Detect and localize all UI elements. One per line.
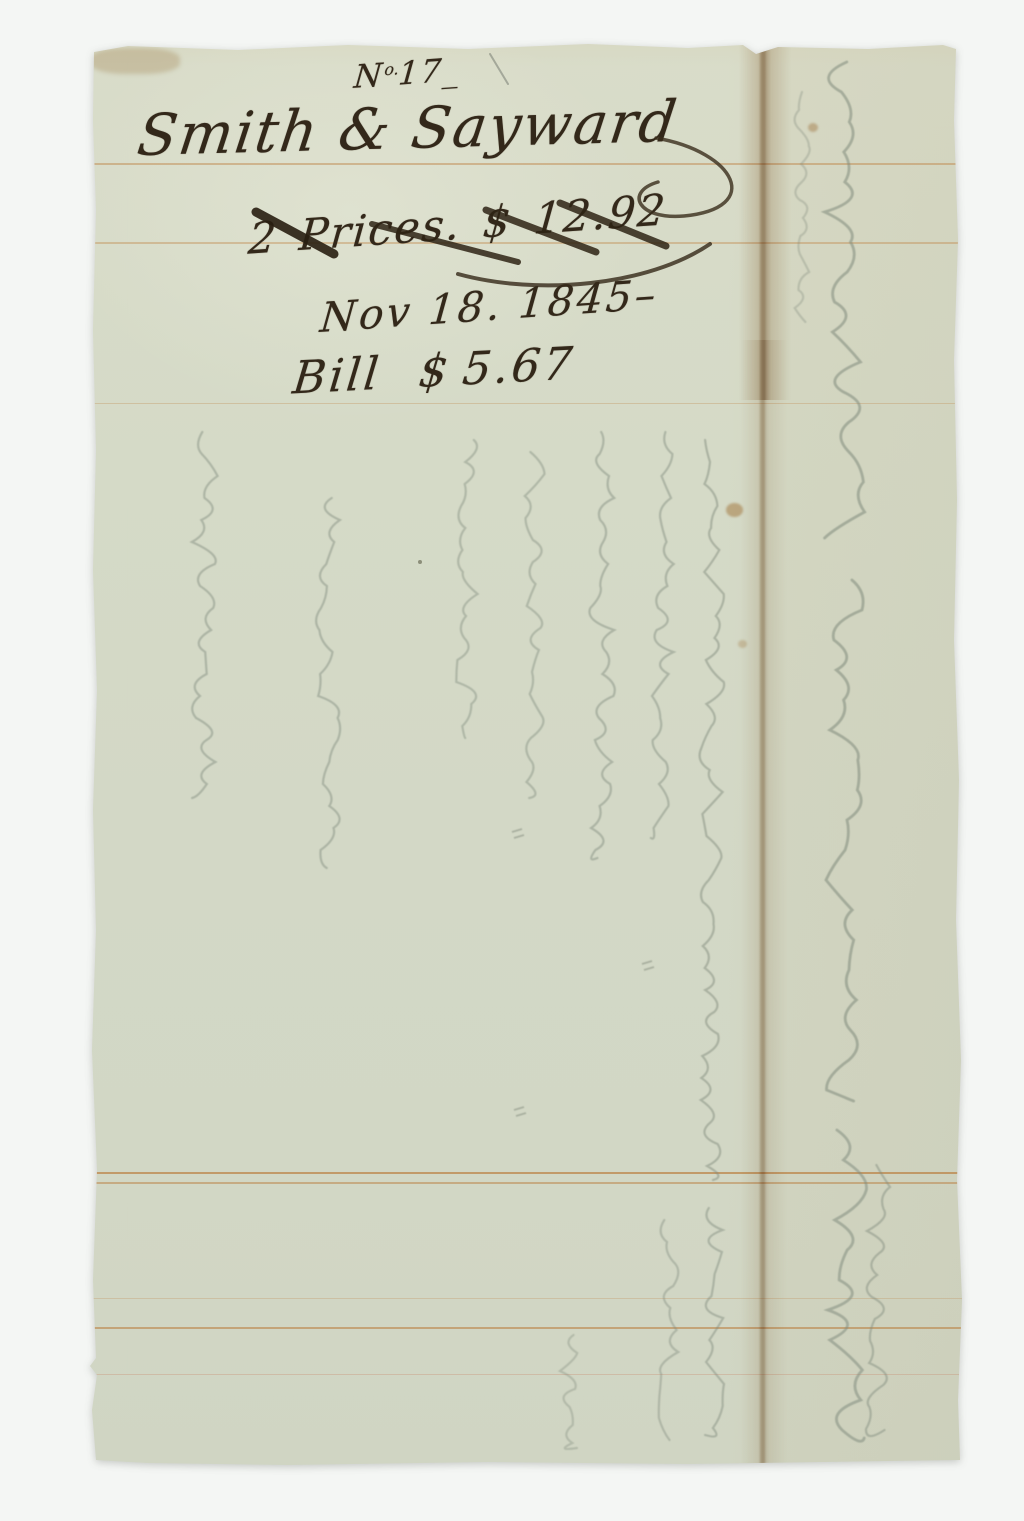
bleedthrough-script-column <box>866 1165 890 1436</box>
ruled-line <box>88 163 964 165</box>
fold-stain-strong <box>739 40 791 400</box>
bleedthrough-script-column <box>316 498 340 868</box>
bleedthrough-script-column <box>589 432 614 859</box>
scanned-document-page: No.17_ Smith & Sayward 2 Prices. $ 12.92… <box>0 0 1024 1521</box>
bleedthrough-script-column <box>828 1130 867 1441</box>
paper-sheet: No.17_ Smith & Sayward 2 Prices. $ 12.92… <box>88 40 964 1466</box>
bleedthrough-script-column <box>525 452 545 798</box>
ruled-line <box>88 1182 964 1184</box>
strike-underswoosh <box>458 244 710 285</box>
bleedthrough-script-column <box>192 432 218 798</box>
rust-spot <box>738 640 747 648</box>
payee-name: Smith & Sayward <box>134 89 682 169</box>
rust-spot <box>726 503 743 517</box>
date-line: Nov 18. 1845– <box>319 270 660 342</box>
docket-number-value: 17_ <box>397 50 463 93</box>
bleedthrough-ditto-mark <box>642 961 654 970</box>
crossed-out-text: 2 Prices. $ 12.92 <box>246 185 669 265</box>
bleedthrough-ditto-mark <box>514 1107 526 1116</box>
bill-currency-symbol: $ <box>416 343 453 398</box>
ruled-line <box>88 242 964 244</box>
paper-shadow-wrap: No.17_ Smith & Sayward 2 Prices. $ 12.92… <box>0 0 1024 1521</box>
bleedthrough-script-column <box>795 92 810 322</box>
bleedthrough-script-column <box>700 440 725 1180</box>
speck <box>418 560 422 564</box>
ruled-line <box>88 1298 964 1299</box>
corner-stain <box>90 48 180 74</box>
ruled-line <box>88 1374 964 1375</box>
strike-stroke <box>256 212 334 254</box>
ruled-line <box>88 403 964 404</box>
bleedthrough-script-column <box>826 580 863 1101</box>
bill-amount-line: Bill$5.67 <box>292 337 576 405</box>
bill-amount: 5.67 <box>460 336 578 395</box>
fold-stain-mid <box>741 340 787 1466</box>
docket-number-line: No.17_ <box>353 50 463 95</box>
bleedthrough-script-layer <box>88 40 964 1466</box>
bleedthrough-script-column <box>659 1220 679 1440</box>
payee-line: Smith & Sayward <box>137 89 678 169</box>
date-text: Nov 18. 1845– <box>318 270 660 342</box>
crossed-out-amount-line: 2 Prices. $ 12.92 <box>247 185 669 264</box>
bleedthrough-script-column <box>651 432 674 839</box>
docket-number-superscript: o. <box>384 59 400 79</box>
ruled-line <box>88 1327 964 1329</box>
strike-stroke <box>560 203 666 246</box>
bleedthrough-script-column <box>456 440 477 738</box>
bleedthrough-ditto-mark <box>512 829 524 838</box>
bleedthrough-script-column <box>560 1335 577 1449</box>
ruled-line <box>88 1172 964 1174</box>
bill-label: Bill <box>290 347 384 405</box>
fold-crease-line <box>760 40 765 1466</box>
docket-number-prefix: N <box>352 55 385 95</box>
rust-spot <box>808 123 818 132</box>
bleedthrough-script-column <box>825 62 865 538</box>
strike-through-and-flourish-layer <box>88 40 964 1466</box>
bleedthrough-script-column <box>705 1208 724 1437</box>
strike-stroke <box>486 210 596 252</box>
pencil-mark <box>490 54 508 84</box>
payee-flourish <box>639 138 732 216</box>
strike-stroke <box>372 224 518 262</box>
